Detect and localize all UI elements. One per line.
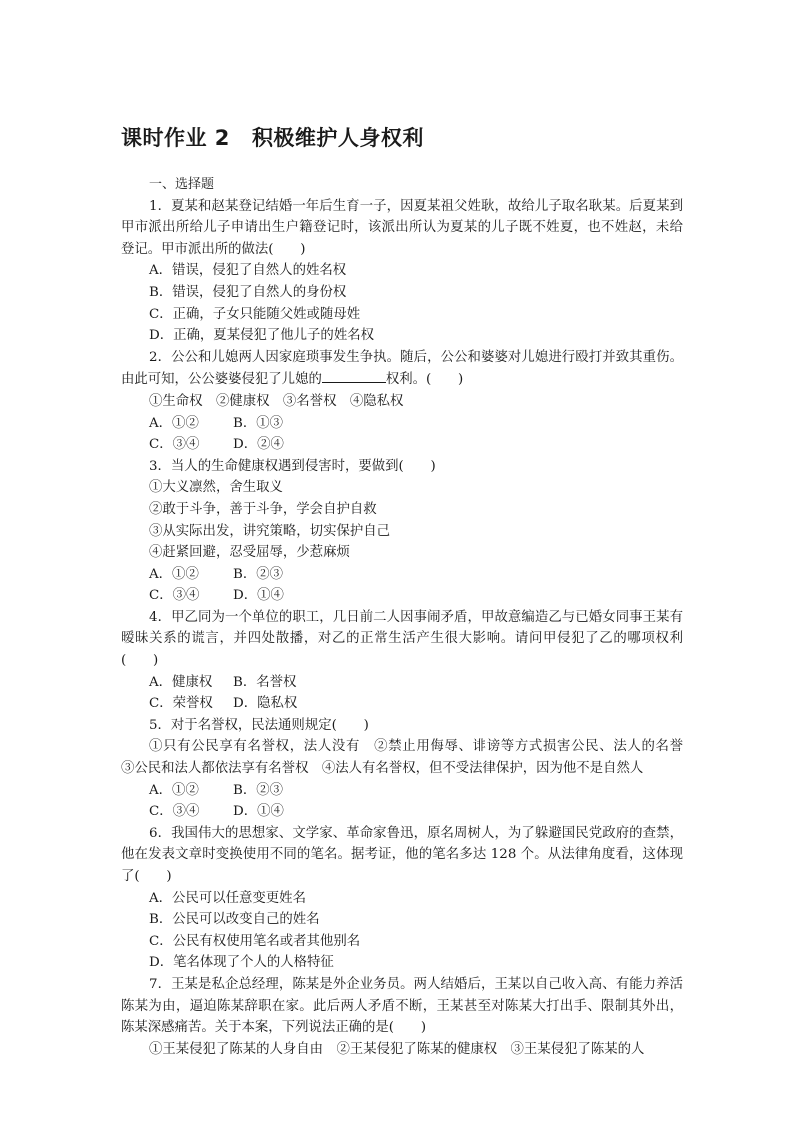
option-d: D．①④ [233, 585, 317, 607]
option-b: B．名誉权 [233, 672, 317, 694]
option-row: C．荣誉权D．隐私权 [121, 693, 683, 715]
page-title: 课时作业 2积极维护人身权利 [121, 122, 424, 152]
question-4: 4．甲乙同为一个单位的职工，几日前二人因事闹矛盾，甲故意编造乙与已婚女同事王某有… [121, 607, 683, 715]
option-b: B．错误，侵犯了自然人的身份权 [121, 282, 683, 304]
option-b: B．②③ [233, 780, 317, 802]
option-d: D．正确，夏某侵犯了他儿子的姓名权 [121, 325, 683, 347]
option-row: A．①②B．①③ [121, 413, 683, 435]
question-items: ①王某侵犯了陈某的人身自由 ②王某侵犯了陈某的健康权 ③王某侵犯了陈某的人 [121, 1039, 683, 1061]
option-c: C．正确，子女只能随父姓或随母姓 [121, 304, 683, 326]
question-stem: 6．我国伟大的思想家、文学家、革命家鲁迅，原名周树人，为了躲避国民党政府的查禁，… [121, 823, 683, 888]
title-main: 积极维护人身权利 [252, 126, 424, 150]
option-d: D．笔名体现了个人的人格特征 [121, 952, 683, 974]
option-b: B．公民可以改变自己的姓名 [121, 909, 683, 931]
question-1: 1．夏某和赵某登记结婚一年后生育一子，因夏某祖父姓耿，故给儿子取名耿某。后夏某到… [121, 196, 683, 347]
question-items: ①生命权 ②健康权 ③名誉权 ④隐私权 [121, 391, 683, 413]
fill-blank [322, 368, 386, 383]
question-6: 6．我国伟大的思想家、文学家、革命家鲁迅，原名周树人，为了躲避国民党政府的查禁，… [121, 823, 683, 974]
question-stem: 2．公公和儿媳两人因家庭琐事发生争执。随后，公公和婆婆对儿媳进行殴打并致其重伤。… [121, 347, 683, 391]
question-item-3: ③从实际出发，讲究策略，切实保护自己 [121, 521, 683, 543]
question-stem: 3．当人的生命健康权遇到侵害时，要做到( ) [121, 456, 683, 478]
option-a: A．①② [149, 564, 233, 586]
option-a: A．公民可以任意变更姓名 [121, 888, 683, 910]
question-stem: 1．夏某和赵某登记结婚一年后生育一子，因夏某祖父姓耿，故给儿子取名耿某。后夏某到… [121, 196, 683, 261]
question-items: ①只有公民享有名誉权，法人没有 ②禁止用侮辱、诽谤等方式损害公民、法人的名誉 ③… [121, 736, 683, 779]
option-d: D．①④ [233, 801, 317, 823]
option-a: A．①② [149, 413, 233, 435]
question-stem: 4．甲乙同为一个单位的职工，几日前二人因事闹矛盾，甲故意编造乙与已婚女同事王某有… [121, 607, 683, 672]
option-c: C．荣誉权 [149, 693, 233, 715]
option-c: C．③④ [149, 434, 233, 456]
question-2: 2．公公和儿媳两人因家庭琐事发生争执。随后，公公和婆婆对儿媳进行殴打并致其重伤。… [121, 347, 683, 456]
option-row: A．①②B．②③ [121, 564, 683, 586]
option-d: D．②④ [233, 434, 317, 456]
question-7: 7．王某是私企总经理，陈某是外企业务员。两人结婚后，王某以自己收入高、有能力养活… [121, 974, 683, 1060]
title-prefix: 课时作业 2 [121, 126, 230, 150]
section-heading: 一、选择题 [121, 174, 683, 196]
option-c: C．③④ [149, 585, 233, 607]
option-row: C．③④D．②④ [121, 434, 683, 456]
stem-text-end: 权利。( ) [386, 372, 463, 387]
option-row: A．健康权B．名誉权 [121, 672, 683, 694]
question-stem: 7．王某是私企总经理，陈某是外企业务员。两人结婚后，王某以自己收入高、有能力养活… [121, 974, 683, 1039]
option-b: B．①③ [233, 413, 317, 435]
option-c: C．公民有权使用笔名或者其他别名 [121, 931, 683, 953]
option-a: A．错误，侵犯了自然人的姓名权 [121, 260, 683, 282]
document-body: 一、选择题 1．夏某和赵某登记结婚一年后生育一子，因夏某祖父姓耿，故给儿子取名耿… [121, 174, 683, 1060]
option-d: D．隐私权 [233, 693, 317, 715]
option-row: C．③④D．①④ [121, 585, 683, 607]
option-row: A．①②B．②③ [121, 780, 683, 802]
option-b: B．②③ [233, 564, 317, 586]
question-item-2: ②敢于斗争，善于斗争，学会自护自救 [121, 499, 683, 521]
option-a: A．健康权 [149, 672, 233, 694]
option-a: A．①② [149, 780, 233, 802]
question-item-1: ①大义凛然，舍生取义 [121, 477, 683, 499]
question-stem: 5．对于名誉权，民法通则规定( ) [121, 715, 683, 737]
option-row: C．③④D．①④ [121, 801, 683, 823]
question-3: 3．当人的生命健康权遇到侵害时，要做到( ) ①大义凛然，舍生取义 ②敢于斗争，… [121, 456, 683, 607]
question-5: 5．对于名誉权，民法通则规定( ) ①只有公民享有名誉权，法人没有 ②禁止用侮辱… [121, 715, 683, 823]
question-item-4: ④赶紧回避，忍受屈辱，少惹麻烦 [121, 542, 683, 564]
option-c: C．③④ [149, 801, 233, 823]
